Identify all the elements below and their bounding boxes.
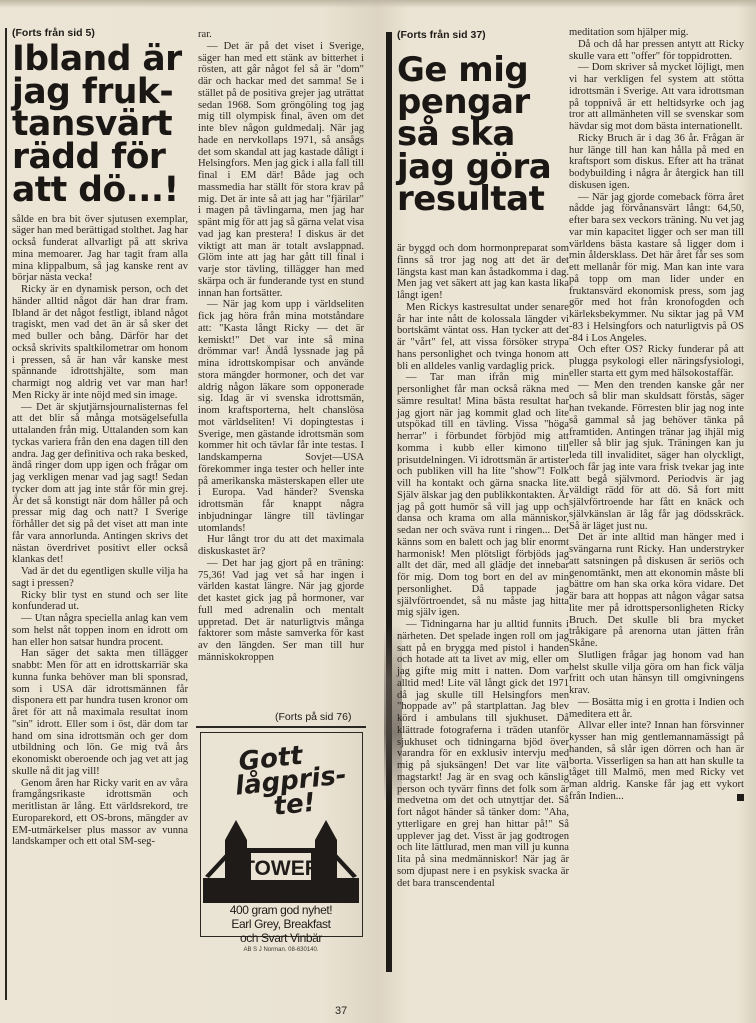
continued-reference: (Forts på sid 76)	[275, 711, 351, 723]
body-paragraph: Det är inte alltid man hänger med i svän…	[569, 532, 744, 650]
right-article-rule	[386, 32, 392, 972]
left-article-rule	[5, 28, 7, 1000]
body-paragraph: Vad är det du egentligen skulle vilja ha…	[12, 566, 188, 590]
final-paragraph-text: Allvar eller inte? Innan han försvinner …	[569, 720, 744, 802]
left-kicker: (Forts från sid 5)	[12, 28, 188, 40]
headline-line: Ibland är	[12, 43, 188, 76]
body-paragraph: — När jag gjorde comeback förra året nåd…	[569, 192, 744, 345]
body-paragraph: Ricky blir tyst en stund och ser lite ko…	[12, 590, 188, 614]
page-number: 37	[335, 1005, 347, 1017]
ad-tagline: 400 gram god nyhet!	[201, 903, 361, 917]
body-paragraph: Ricky är en dynamisk person, och det hän…	[12, 284, 188, 402]
headline-line: rädd för	[12, 141, 188, 174]
body-paragraph: Allvar eller inte? Innan han försvinner …	[569, 720, 744, 802]
magazine-spread: (Forts från sid 5) Ibland är jag fruk- t…	[0, 0, 756, 1023]
right-article-column-2: meditation som hjälper mig. Då och då ha…	[569, 27, 744, 803]
body-paragraph: — Bosätta mig i en grotta i Indien och m…	[569, 697, 744, 721]
ad-flavors-2: och Svart Vinbär	[201, 931, 361, 945]
tower-tea-advertisement: Gott lågpris- te! TOWER 400 gram god nyh…	[200, 732, 363, 937]
body-paragraph: Han säger det sakta men tillägger snabbt…	[12, 648, 188, 777]
body-paragraph: Och efter OS? Ricky funderar på att plug…	[569, 344, 744, 379]
left-headline: Ibland är jag fruk- tansvärt rädd för at…	[12, 43, 188, 207]
body-paragraph: — Tar man ifrån mig min personlighet får…	[397, 372, 569, 619]
ad-brand: TOWER	[242, 857, 320, 880]
body-paragraph: Ricky Bruch är i dag 36 år. Frågan är hu…	[569, 133, 744, 192]
page-edge-shadow	[0, 0, 756, 8]
headline-line: resultat	[397, 183, 569, 215]
ad-script-slogan: Gott lågpris- te!	[238, 740, 345, 822]
body-paragraph: — Tidningarna har ju alltid funnits i nä…	[397, 619, 569, 889]
body-paragraph: rar.	[198, 29, 364, 41]
left-article-column-2: rar. — Det är på det viset i Sverige, sä…	[198, 29, 364, 664]
ad-fine-print: AB S J Norman. 08-630140.	[201, 947, 361, 953]
body-paragraph: Hur långt tror du att det maximala disku…	[198, 534, 364, 558]
body-paragraph: — Det är på det viset i Sverige, säger h…	[198, 41, 364, 300]
body-paragraph: — Dom skriver så mycket löjligt, men vi …	[569, 62, 744, 133]
body-paragraph: Genom åren har Ricky varit en av våra fr…	[12, 778, 188, 849]
end-of-article-square-icon	[737, 794, 744, 801]
ad-flavors-1: Earl Grey, Breakfast	[201, 917, 361, 931]
ad-script-line: te!	[272, 788, 344, 819]
body-paragraph: — När jag kom upp i världseliten fick ja…	[198, 299, 364, 534]
right-headline: Ge mig pengar så ska jag göra resultat	[397, 54, 569, 215]
body-paragraph: sålde en bra bit över sjutusen exemplar,…	[12, 214, 188, 285]
body-paragraph: — Det har jag gjort på en träning: 75,36…	[198, 558, 364, 664]
right-article-column-1: (Forts från sid 37) Ge mig pengar så ska…	[397, 30, 569, 889]
headline-line: att dö...!	[12, 174, 188, 207]
headline-line: så ska	[397, 118, 569, 150]
ad-divider	[196, 726, 366, 728]
body-paragraph: Slutligen frågar jag honom vad han helst…	[569, 650, 744, 697]
left-article-column-1: (Forts från sid 5) Ibland är jag fruk- t…	[12, 28, 188, 848]
body-paragraph: — Men den trenden kanske går ner och så …	[569, 380, 744, 533]
body-paragraph: meditation som hjälper mig.	[569, 27, 744, 39]
body-paragraph: — Det är skjutjärnsjournalisternas fel a…	[12, 402, 188, 567]
body-paragraph: — Utan några speciella anlag kan vem som…	[12, 613, 188, 648]
right-kicker: (Forts från sid 37)	[397, 30, 569, 42]
body-paragraph: Men Rickys kastresultat under senare år …	[397, 302, 569, 373]
body-paragraph: Då och då har pressen antytt att Ricky s…	[569, 39, 744, 63]
body-paragraph: är byggd och dom hormonpreparat som finn…	[397, 243, 569, 302]
tower-bridge-icon: TOWER	[203, 818, 359, 903]
